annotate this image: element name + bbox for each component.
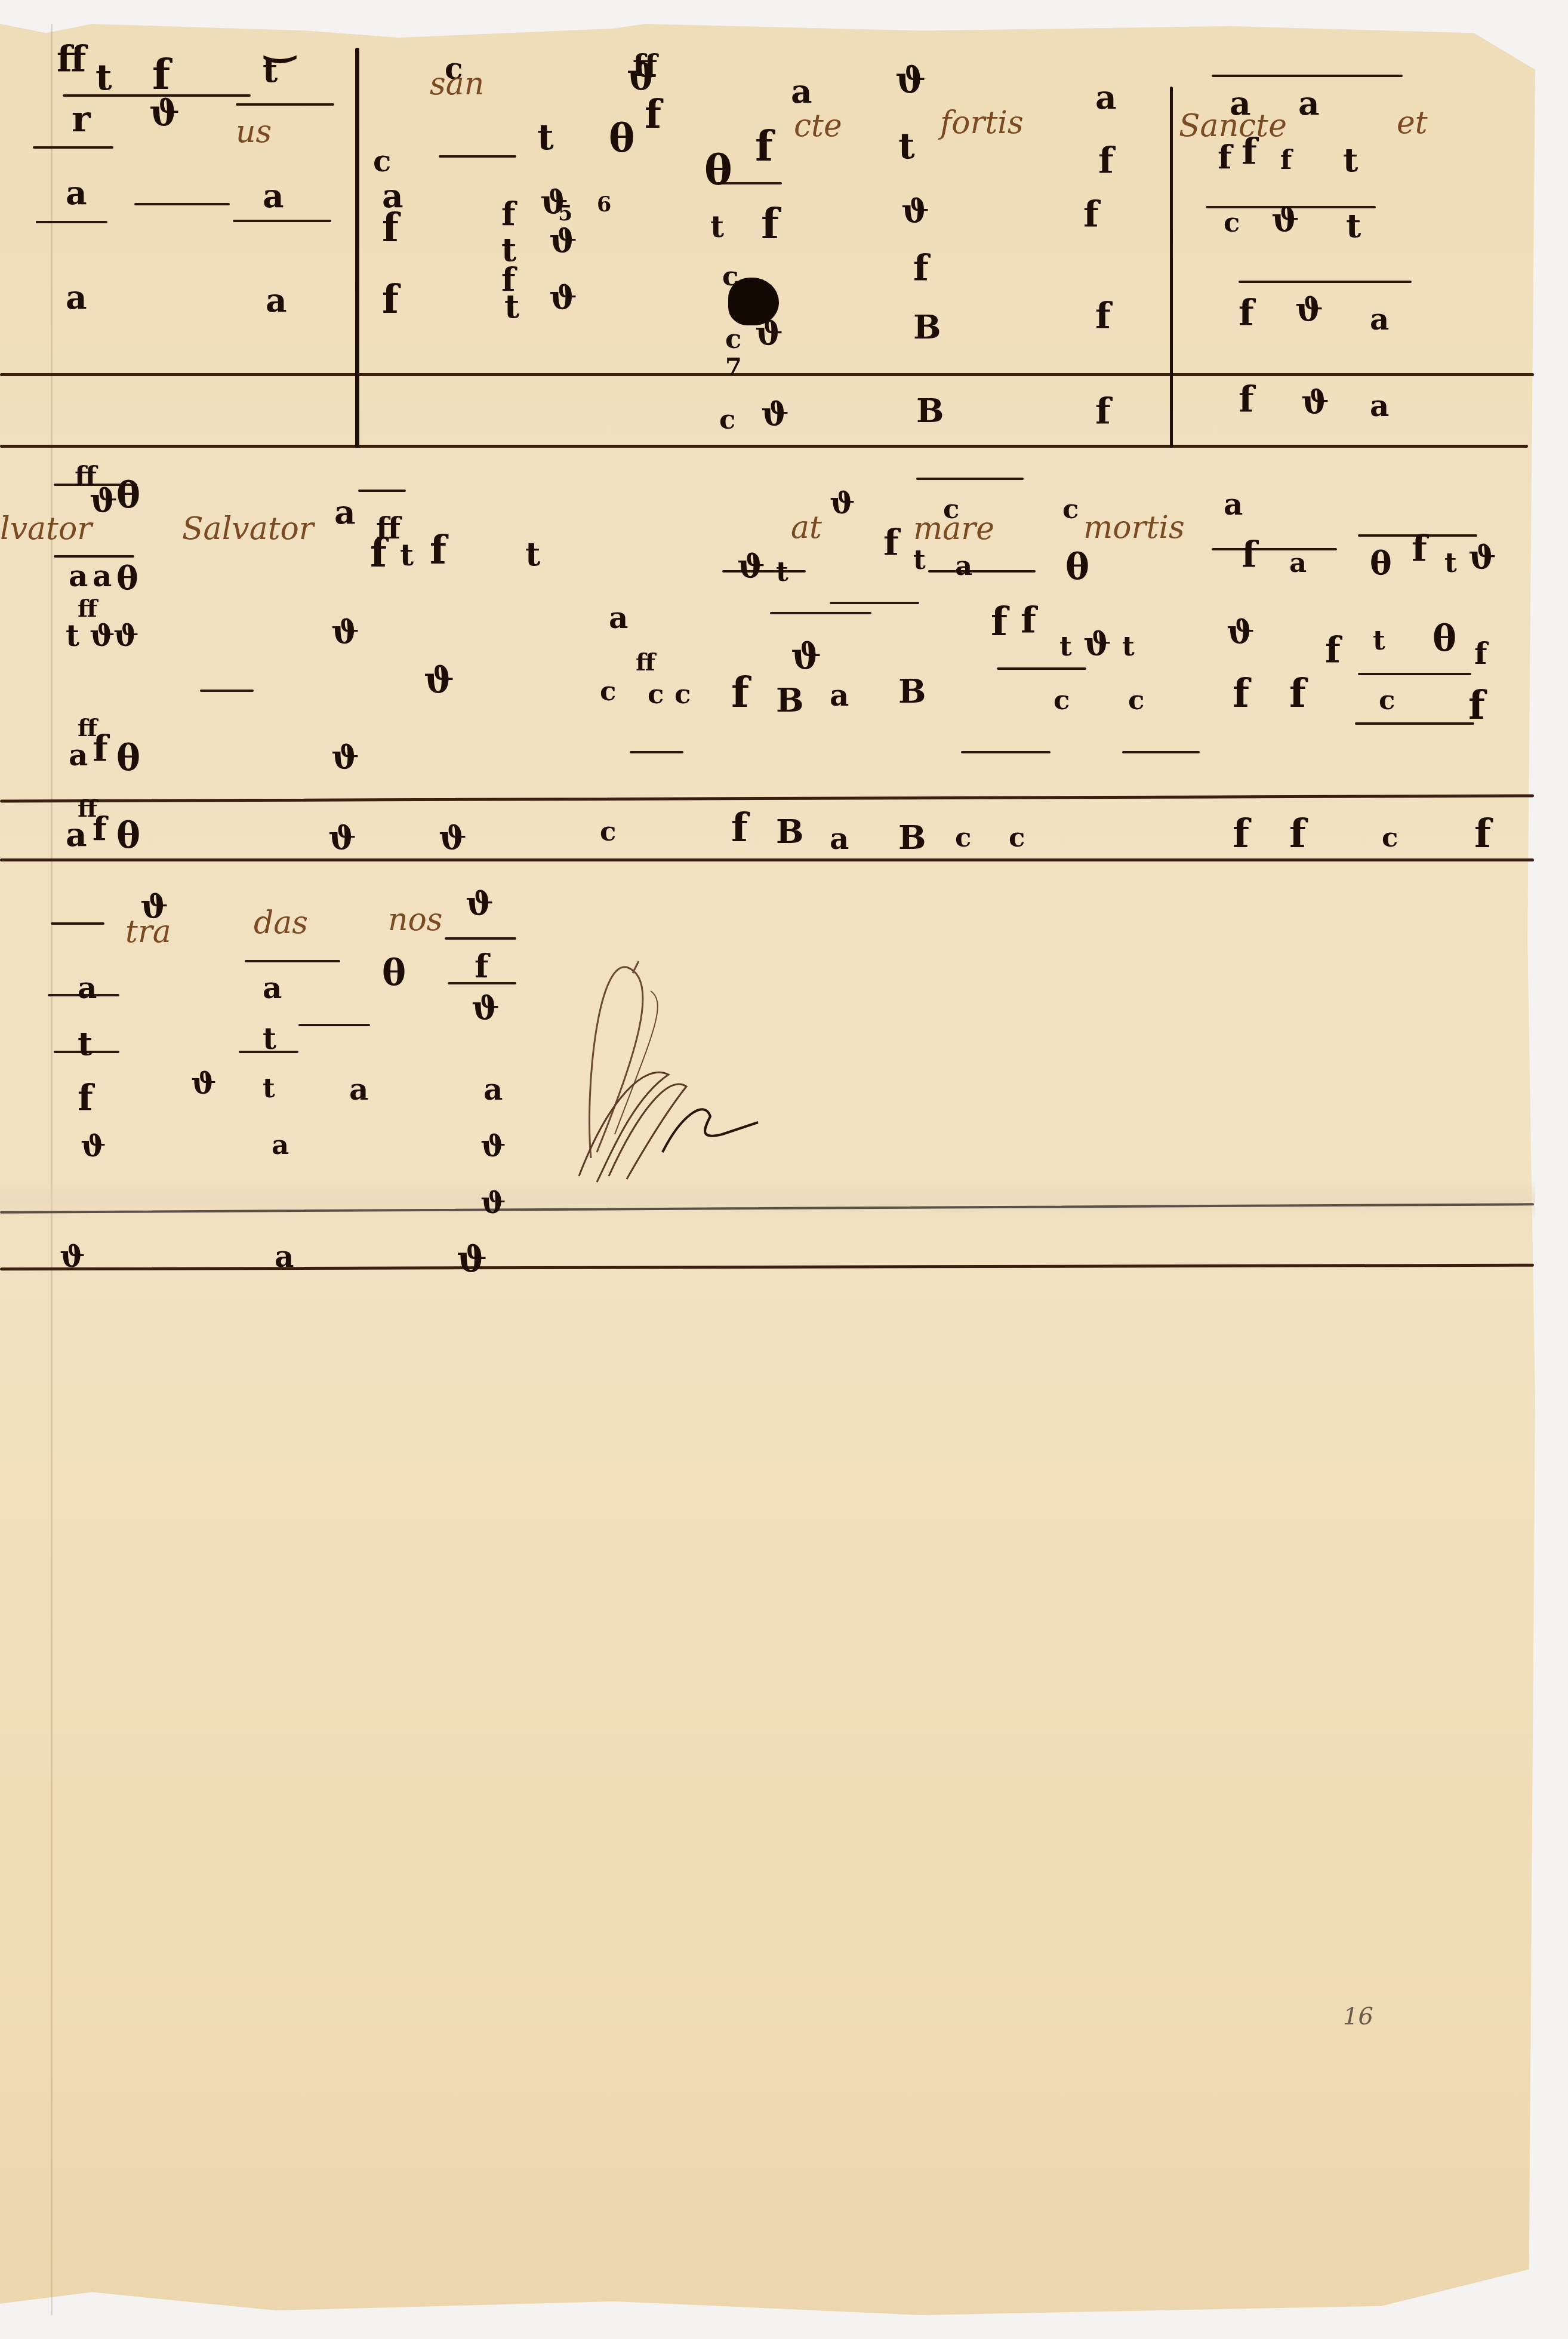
tab-glyph: f — [152, 54, 170, 96]
tab-glyph: ϑ — [149, 96, 180, 131]
tab-glyph: f — [93, 812, 107, 845]
tab-glyph: 7 — [725, 355, 742, 379]
tab-glyph: a — [266, 284, 287, 316]
tab-glyph: c — [955, 824, 971, 851]
tab-glyph: f — [731, 809, 748, 848]
tab-glyph: ϑ — [472, 991, 500, 1024]
staff-line-main — [0, 858, 1534, 861]
staff-line — [358, 490, 406, 492]
tab-glyph: ϑ — [60, 1242, 85, 1272]
tab-glyph: a — [1370, 391, 1389, 421]
staff-line — [200, 690, 254, 692]
tab-glyph: c — [1053, 687, 1070, 713]
tab-glyph: c — [725, 325, 741, 352]
tab-glyph: ϑ — [1295, 293, 1323, 325]
tab-glyph: ϑ — [331, 615, 359, 648]
tab-glyph: f — [370, 534, 387, 573]
tab-glyph: f — [1095, 298, 1111, 334]
lyric-syllable: cte — [794, 110, 842, 141]
fold-crease-vertical — [51, 24, 53, 2315]
tab-glyph: ϑ — [830, 488, 855, 518]
staff-line — [298, 1024, 370, 1026]
tab-glyph: t — [913, 546, 926, 573]
tab-glyph: f — [78, 1081, 93, 1116]
pen-flourish-icon — [561, 943, 764, 1194]
tab-glyph: a — [1289, 549, 1307, 576]
tab-glyph: ϑ — [328, 821, 356, 854]
tab-glyph: t — [1343, 143, 1358, 176]
tab-glyph: t — [263, 54, 278, 87]
tab-glyph: ff — [633, 51, 657, 81]
tab-glyph: f — [1474, 639, 1487, 669]
tab-glyph: f — [761, 203, 779, 245]
lyric-syllable: mare — [913, 513, 994, 544]
tab-glyph: B — [776, 684, 804, 716]
tab-glyph: f — [1233, 675, 1249, 713]
lyric-syllable: at — [791, 512, 822, 543]
tab-glyph: ϑ — [439, 821, 467, 854]
tab-glyph: f — [731, 672, 749, 713]
tab-glyph: a — [955, 552, 972, 579]
tab-glyph: f — [1468, 687, 1485, 725]
staff-line — [928, 570, 1036, 573]
staff-line — [830, 602, 919, 604]
tab-glyph: f — [1239, 382, 1254, 418]
staff-line — [1122, 751, 1200, 753]
tab-glyph: ϑ — [113, 621, 138, 651]
tab-glyph: f — [1280, 146, 1292, 173]
tab-glyph: ϑ — [90, 484, 118, 516]
tab-glyph: t — [78, 1027, 93, 1060]
tab-glyph: c — [1128, 687, 1144, 713]
tab-glyph: a — [69, 561, 88, 591]
lyric-syllable: Sancte — [1179, 110, 1287, 141]
tab-glyph: a — [275, 1242, 294, 1272]
staff-line — [51, 922, 104, 925]
tab-glyph: c — [674, 681, 691, 707]
lyric-syllable: fortis — [940, 107, 1024, 139]
tab-glyph: ϑ — [1301, 385, 1329, 418]
tab-glyph: ϑ — [480, 1131, 506, 1161]
tab-glyph: f — [1289, 675, 1306, 713]
staff-line — [134, 203, 230, 205]
tab-glyph: t — [537, 119, 554, 155]
tab-glyph: a — [609, 603, 628, 633]
tab-glyph: 6 — [597, 194, 611, 215]
tab-glyph: θ — [116, 561, 138, 594]
tab-glyph: t — [1346, 209, 1361, 242]
tab-glyph: ϑ — [1271, 203, 1299, 236]
lyric-syllable: nos — [388, 904, 442, 935]
tab-glyph: f — [1021, 603, 1036, 639]
tab-glyph: ff — [57, 42, 86, 78]
tab-glyph: c — [1062, 496, 1079, 522]
tab-glyph: θ — [704, 149, 732, 191]
tab-glyph: a — [66, 281, 87, 313]
tab-glyph: t — [66, 621, 79, 651]
tab-glyph: f — [1474, 815, 1491, 854]
barline — [1170, 87, 1173, 448]
tab-glyph: θ — [609, 119, 634, 158]
tab-glyph: ϑ — [737, 549, 765, 582]
tab-glyph: a — [830, 824, 849, 854]
staff-line — [770, 612, 871, 614]
tab-glyph: θ — [116, 740, 140, 776]
fold-crease-horizontal — [0, 1179, 1535, 1221]
tab-glyph: t — [1373, 627, 1385, 654]
tab-glyph: ϑ — [1227, 615, 1255, 648]
tab-glyph: ϑ — [90, 621, 115, 651]
tab-glyph: f — [1218, 140, 1232, 173]
lyric-syllable: et — [1397, 107, 1428, 139]
tab-glyph: ff — [78, 597, 97, 621]
tab-glyph: f — [1242, 537, 1257, 573]
tab-glyph: a — [66, 818, 87, 851]
staff-line — [1239, 281, 1412, 283]
tab-glyph: B — [898, 821, 926, 854]
tab-glyph: B — [916, 394, 944, 427]
paper-sheet — [0, 24, 1535, 2315]
lyric-syllable: san — [430, 69, 484, 100]
tab-glyph: B — [898, 675, 926, 707]
tab-glyph: ϑ — [81, 1131, 106, 1161]
tab-glyph: ff — [636, 651, 655, 675]
tab-glyph: ϑ — [480, 1188, 506, 1218]
tab-glyph: f — [1083, 197, 1099, 233]
tab-glyph: f — [382, 209, 399, 248]
staff-line-main — [0, 373, 1534, 376]
tab-glyph: f — [1095, 394, 1111, 430]
staff-line — [1358, 673, 1471, 675]
tab-glyph: c — [1009, 824, 1025, 851]
tab-glyph: f — [645, 96, 661, 134]
tab-glyph: ϑ — [549, 224, 577, 257]
staff-line — [33, 146, 113, 149]
tab-glyph: a — [263, 973, 282, 1003]
tab-glyph: ϑ — [457, 1242, 487, 1278]
tab-glyph: a — [830, 681, 849, 710]
staff-line — [1212, 548, 1337, 550]
tab-glyph: t — [898, 128, 915, 164]
tab-glyph: f — [501, 197, 516, 230]
tab-glyph: a — [272, 1131, 289, 1158]
lyric-syllable: us — [236, 116, 272, 147]
staff-line — [1355, 722, 1474, 725]
tab-glyph: f — [430, 531, 446, 570]
page-number: 16 — [1343, 2003, 1373, 2030]
tab-glyph: f — [1412, 531, 1427, 567]
tab-glyph: c — [1382, 824, 1398, 851]
tab-glyph: f — [883, 525, 899, 561]
tab-glyph: t — [263, 1024, 276, 1054]
tab-glyph: t — [525, 537, 540, 570]
tab-glyph: a — [791, 75, 812, 107]
tab-glyph: a — [483, 1075, 503, 1104]
tab-glyph: f — [1233, 815, 1249, 854]
staff-line — [439, 155, 516, 158]
tab-glyph: f — [991, 603, 1008, 642]
lyric-syllable: tra — [125, 916, 171, 947]
tab-glyph: a — [69, 740, 88, 770]
lyric-syllable: das — [254, 907, 308, 938]
tab-glyph: t — [1122, 633, 1135, 660]
tab-glyph: θ — [1433, 621, 1456, 657]
tab-glyph: ϑ — [755, 316, 783, 349]
tab-glyph: θ — [116, 478, 140, 513]
tab-glyph: a — [263, 179, 284, 212]
tab-glyph: f — [1289, 815, 1306, 854]
tab-glyph: f — [755, 125, 773, 167]
tab-glyph: f — [382, 281, 399, 319]
staff-line — [1212, 75, 1403, 77]
tab-glyph: f — [1239, 296, 1254, 331]
tab-glyph: θ — [116, 818, 140, 854]
tab-glyph: a — [1095, 81, 1117, 113]
tab-glyph: 5 — [558, 203, 572, 224]
tab-glyph: t — [96, 60, 112, 96]
tab-glyph: c — [600, 678, 616, 704]
tab-glyph: a — [93, 561, 112, 591]
tab-glyph: B — [776, 815, 804, 848]
tab-glyph: t — [710, 212, 724, 242]
tab-glyph: c — [719, 406, 735, 433]
tab-glyph: a — [66, 176, 87, 209]
tab-glyph: f — [93, 731, 108, 767]
tab-glyph: t — [400, 540, 414, 570]
tab-glyph: θ — [1065, 549, 1089, 585]
tab-glyph: ϑ — [901, 194, 929, 227]
tab-glyph: c — [648, 681, 664, 707]
tab-glyph: θ — [382, 955, 406, 991]
staff-line — [997, 667, 1086, 670]
tab-glyph: B — [913, 310, 941, 343]
staff-line — [36, 221, 104, 223]
tab-glyph: ϑ — [761, 397, 789, 430]
tab-glyph: ϑ — [424, 663, 454, 698]
tab-glyph: c — [722, 263, 738, 290]
tab-glyph: ϑ — [191, 1069, 216, 1098]
staff-line — [233, 220, 331, 222]
tab-glyph: ϑ — [331, 740, 359, 773]
tab-glyph: f — [1325, 633, 1341, 669]
lyric-syllable: mortis — [1083, 512, 1185, 543]
tab-glyph: t — [776, 558, 788, 585]
tab-glyph: c — [1224, 209, 1240, 236]
tab-glyph: ϑ — [791, 639, 821, 675]
tab-glyph: t — [1059, 633, 1072, 660]
lyric-syllable: lvator — [0, 513, 92, 544]
tab-glyph: f — [1098, 143, 1114, 179]
tab-glyph: t — [263, 1075, 275, 1101]
tab-glyph: a — [349, 1075, 368, 1104]
staff-line — [236, 103, 334, 106]
tab-glyph: t — [504, 290, 519, 322]
tab-glyph: ϑ — [549, 281, 577, 313]
tab-glyph: a — [1298, 87, 1320, 119]
tab-glyph: ϑ — [895, 63, 926, 99]
tab-glyph: c — [600, 818, 616, 845]
staff-line-main — [0, 445, 1528, 448]
staff-line — [916, 478, 1024, 480]
staff-line — [54, 555, 134, 558]
tab-glyph: a — [78, 973, 97, 1003]
tab-glyph: a — [1224, 490, 1243, 519]
tab-glyph: t — [1444, 549, 1457, 576]
tab-glyph: r — [72, 101, 91, 137]
staff-line — [630, 751, 683, 753]
staff-line — [961, 751, 1051, 753]
tab-glyph: ϑ — [466, 887, 494, 919]
tab-glyph: a — [1370, 304, 1389, 334]
tab-glyph: θ — [1370, 546, 1392, 579]
staff-line — [245, 960, 340, 962]
staff-line — [445, 937, 516, 940]
tab-glyph: f — [913, 251, 929, 287]
tab-glyph: c — [373, 146, 391, 176]
tab-glyph: ϑ — [1083, 627, 1111, 660]
tab-glyph: c — [1379, 687, 1395, 713]
tab-glyph: f — [475, 949, 489, 982]
barline — [355, 48, 359, 448]
tab-glyph: ϑ — [1468, 540, 1496, 573]
lyric-syllable: Salvator — [182, 513, 314, 544]
tab-glyph: a — [334, 496, 356, 528]
